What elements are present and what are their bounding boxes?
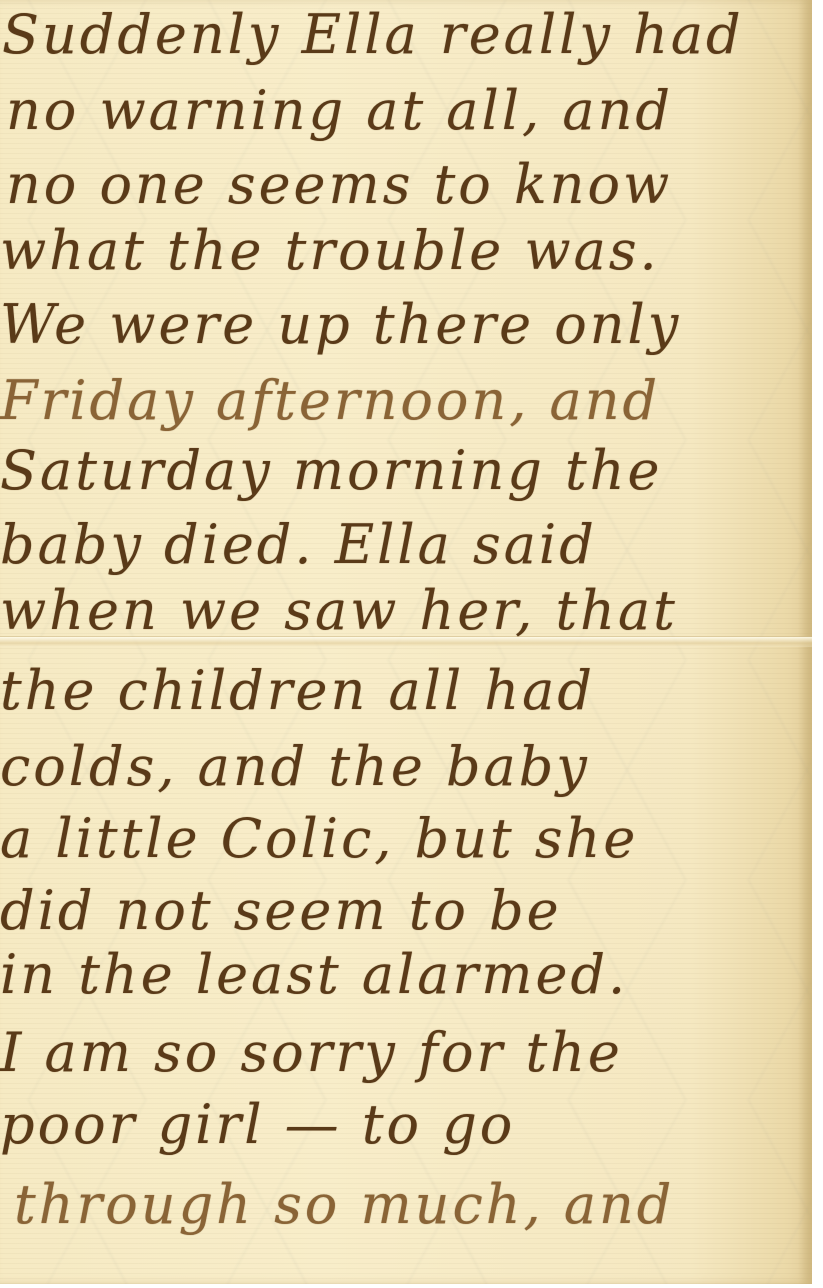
letter-page: Suddenly Ella really had no warning at a… bbox=[0, 0, 812, 1284]
handwritten-line-5: We were up there only bbox=[0, 298, 681, 352]
handwritten-line-9: when we saw her, that bbox=[0, 584, 678, 638]
handwritten-line-6: Friday afternoon, and bbox=[0, 374, 660, 428]
handwritten-line-13: did not seem to be bbox=[0, 884, 562, 938]
handwritten-line-3: no one seems to know bbox=[6, 158, 672, 212]
handwritten-line-2: no warning at all, and bbox=[6, 84, 673, 138]
handwritten-line-15: I am so sorry for the bbox=[0, 1026, 623, 1080]
handwritten-line-12: a little Colic, but she bbox=[0, 812, 638, 866]
handwritten-line-8: baby died. Ella said bbox=[0, 518, 597, 572]
handwritten-line-17: through so much, and bbox=[14, 1178, 674, 1232]
handwritten-line-16: poor girl — to go bbox=[0, 1098, 515, 1152]
handwritten-line-1: Suddenly Ella really had bbox=[2, 8, 744, 62]
handwritten-line-7: Saturday morning the bbox=[0, 444, 662, 498]
handwritten-line-4: what the trouble was. bbox=[0, 224, 660, 278]
handwritten-line-14: in the least alarmed. bbox=[0, 948, 628, 1002]
handwritten-line-11: colds, and the baby bbox=[0, 740, 590, 794]
handwritten-line-10: the children all had bbox=[0, 664, 595, 718]
